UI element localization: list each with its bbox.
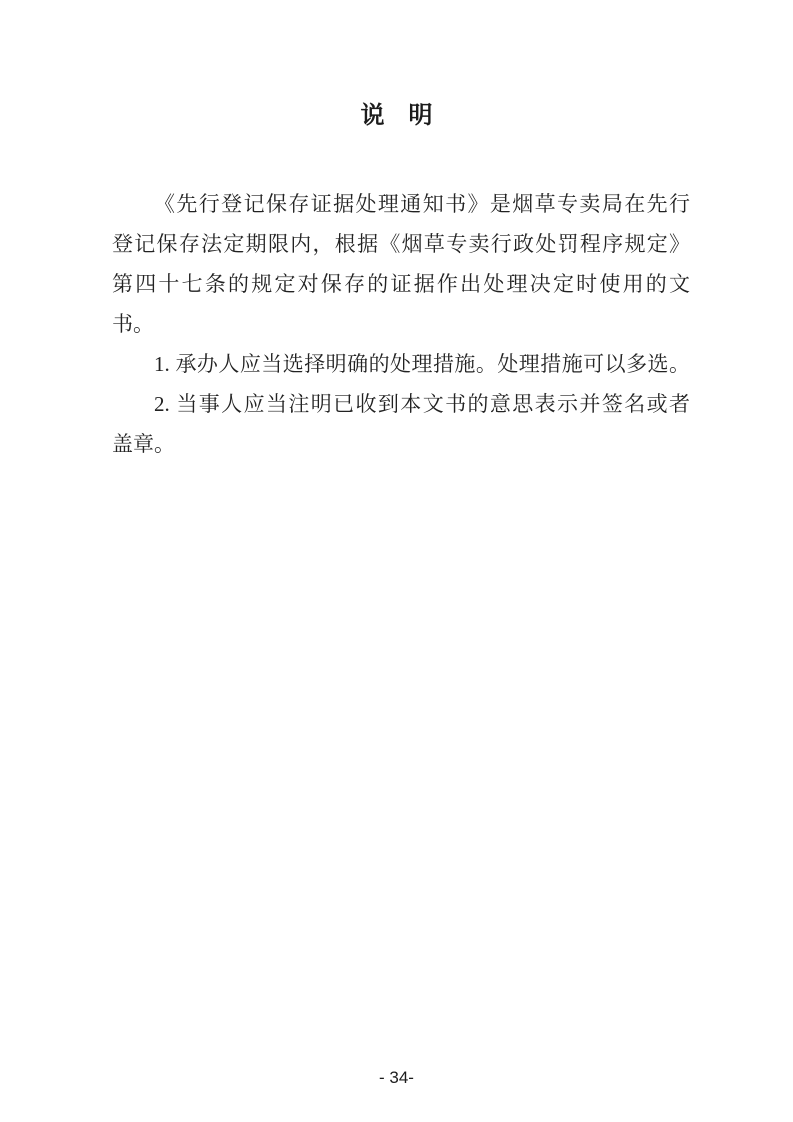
page-number: - 34-	[0, 1068, 793, 1088]
document-body: 《先行登记保存证据处理通知书》是烟草专卖局在先行 登记保存法定期限内，根据《烟草…	[112, 184, 690, 464]
paragraph: 1. 承办人应当选择明确的处理措施。处理措施可以多选。	[112, 344, 690, 384]
paragraph: 《先行登记保存证据处理通知书》是烟草专卖局在先行 登记保存法定期限内，根据《烟草…	[112, 184, 690, 344]
body-line: 盖章。	[112, 424, 690, 464]
body-line: 1. 承办人应当选择明确的处理措施。处理措施可以多选。	[112, 344, 690, 384]
page-title: 说 明	[0, 101, 793, 130]
body-line: 登记保存法定期限内，根据《烟草专卖行政处罚程序规定》	[112, 224, 690, 264]
document-page: 说 明 《先行登记保存证据处理通知书》是烟草专卖局在先行 登记保存法定期限内，根…	[0, 0, 793, 1122]
body-line: 第四十七条的规定对保存的证据作出处理决定时使用的文	[112, 264, 690, 304]
paragraph: 2. 当事人应当注明已收到本文书的意思表示并签名或者 盖章。	[112, 384, 690, 464]
body-line: 《先行登记保存证据处理通知书》是烟草专卖局在先行	[112, 184, 690, 224]
body-line: 2. 当事人应当注明已收到本文书的意思表示并签名或者	[112, 384, 690, 424]
body-line: 书。	[112, 304, 690, 344]
